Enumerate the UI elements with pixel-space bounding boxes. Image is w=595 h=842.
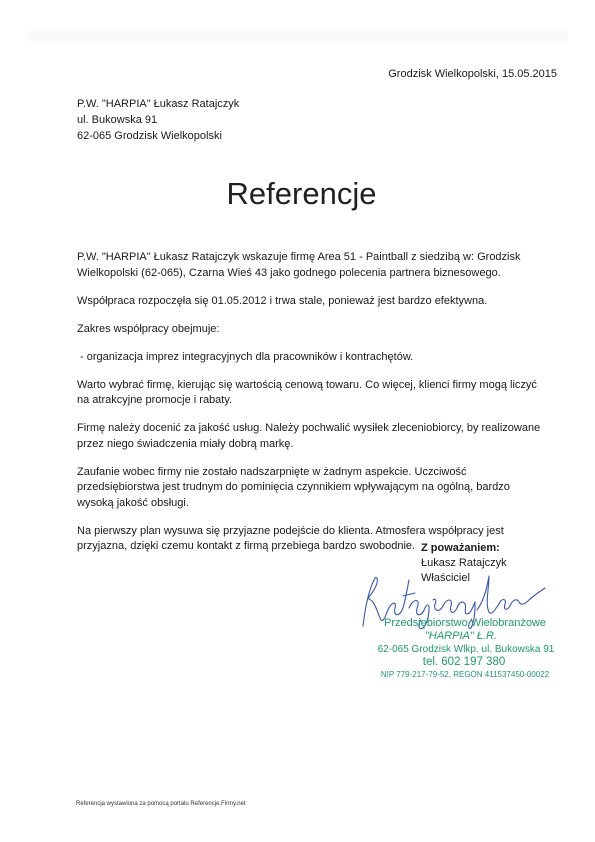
paragraph-scope-heading: Zakres współpracy obejmuje: (77, 322, 547, 338)
sender-address-block: P.W. "HARPIA" Łukasz Ratajczyk ul. Bukow… (77, 96, 239, 144)
document-title: Referencje (0, 174, 595, 214)
reference-letter-page: Grodzisk Wielkopolski, 15.05.2015 P.W. "… (0, 0, 595, 842)
sender-city: 62-065 Grodzisk Wielkopolski (77, 128, 239, 144)
stamp-phone: tel. 602 197 380 (368, 656, 560, 669)
company-stamp: Przedsiębiorstwo Wielobranżowe "HARPIA" … (360, 617, 560, 681)
closing-greeting: Z poważaniem: (421, 541, 507, 556)
letter-body: P.W. "HARPIA" Łukasz Ratajczyk wskazuje … (77, 250, 547, 567)
stamp-company-name: "HARPIA" Ł.R. (362, 630, 560, 643)
footer-note: Referencja wystawiona za pomocą portalu … (76, 800, 246, 808)
paragraph-trust: Zaufanie wobec firmy nie zostało nadszar… (77, 465, 547, 512)
signer-name: Łukasz Ratajczyk (421, 556, 507, 571)
paragraph-scope-item: - organizacja imprez integracyjnych dla … (77, 350, 547, 366)
paragraph-recommendation: P.W. "HARPIA" Łukasz Ratajczyk wskazuje … (77, 250, 547, 281)
scan-shading (28, 26, 568, 46)
sender-street: ul. Bukowska 91 (77, 112, 239, 128)
paragraph-cooperation-start: Współpraca rozpoczęła się 01.05.2012 i t… (77, 294, 547, 310)
stamp-company-type: Przedsiębiorstwo Wielobranżowe (370, 617, 560, 630)
stamp-tax-ids: NIP 779-217-79-52, REGON 411537450-00022 (370, 669, 560, 681)
place-and-date: Grodzisk Wielkopolski, 15.05.2015 (388, 68, 557, 81)
sender-name: P.W. "HARPIA" Łukasz Ratajczyk (77, 96, 239, 112)
paragraph-quality: Firmę należy docenić za jakość usług. Na… (77, 421, 547, 452)
paragraph-pricing: Warto wybrać firmę, kierując się wartośc… (77, 378, 547, 409)
stamp-address: 62-065 Grodzisk Wlkp. ul. Bukowska 91 (372, 643, 560, 656)
